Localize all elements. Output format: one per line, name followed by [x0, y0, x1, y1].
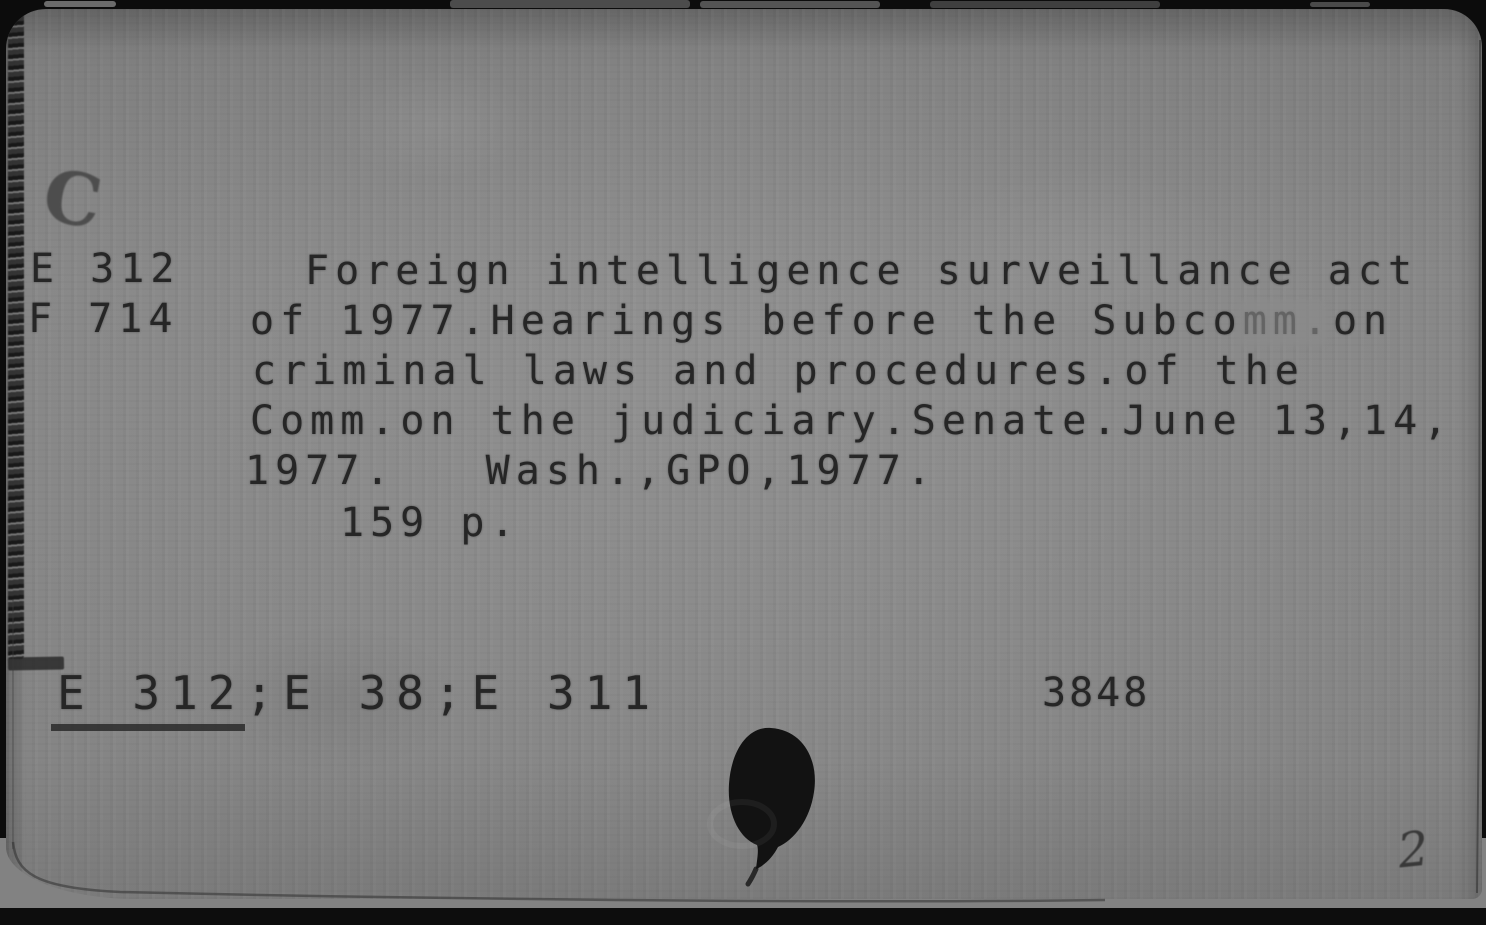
call-number-line-2: F 714 — [28, 296, 178, 342]
classification-refs: E 312;E 38;E 311 — [57, 666, 660, 720]
photo-bottom-edge — [0, 908, 1486, 925]
entry-line-5: 1977. Wash.,GPO,1977. — [245, 448, 937, 494]
entry-line-6: 159 p. — [340, 500, 521, 546]
accession-number: 3848 — [1042, 670, 1150, 716]
entry-line-3: criminal laws and procedures.of the — [252, 348, 1305, 394]
call-number-line-1: E 312 — [30, 246, 180, 292]
refs-rest: ;E 38;E 311 — [245, 666, 660, 720]
edge-artifact — [44, 1, 116, 7]
refs-underlined: E 312 — [51, 666, 245, 731]
edge-artifact — [450, 0, 690, 8]
entry-line-2: of 1977.Hearings before the Subcomm.on — [250, 298, 1393, 344]
catalog-card-photo: C E 312 F 714 Foreign intelligence surve… — [0, 0, 1486, 925]
handwritten-2-mark: 2 — [1395, 821, 1431, 880]
card-edge-texture — [8, 11, 24, 659]
entry-line-1: Foreign intelligence surveillance act — [305, 248, 1418, 294]
faded-ink-patch — [1238, 300, 1326, 346]
entry-line-4: Comm.on the judiciary.Senate.June 13,14, — [250, 398, 1453, 444]
edge-artifact — [1310, 2, 1370, 7]
edge-artifact — [930, 1, 1160, 8]
edge-artifact — [700, 1, 880, 8]
card-left-edge-line — [12, 599, 14, 849]
